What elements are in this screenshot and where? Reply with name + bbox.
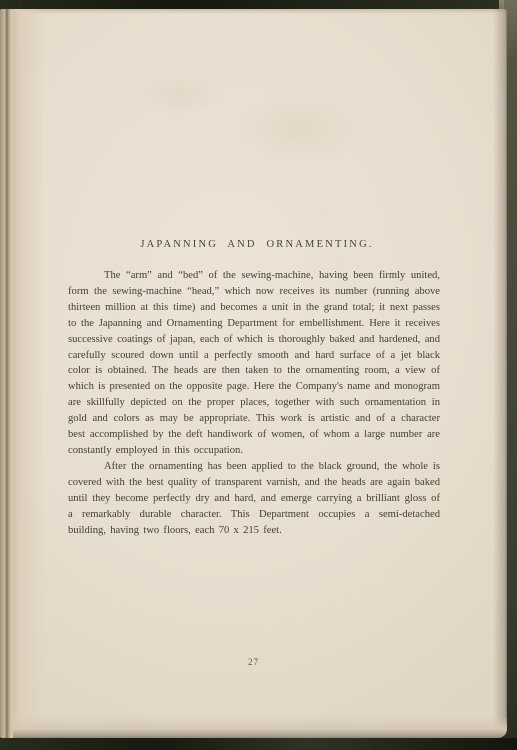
page-binding-edge [0,9,13,738]
page-content: JAPANNING AND ORNAMENTING. The “arm” and… [68,239,440,538]
body-paragraph: After the ornamenting has been applied t… [68,459,440,539]
page-heading: JAPANNING AND ORNAMENTING. [74,239,440,250]
book-cover-top-edge [0,0,517,9]
book-scan: JAPANNING AND ORNAMENTING. The “arm” and… [0,0,517,750]
body-paragraph: The “arm” and “bed” of the sewing-machin… [68,268,440,459]
book-page: JAPANNING AND ORNAMENTING. The “arm” and… [0,9,507,738]
book-cover-bottom-edge [0,738,517,750]
page-number: 27 [0,657,507,667]
